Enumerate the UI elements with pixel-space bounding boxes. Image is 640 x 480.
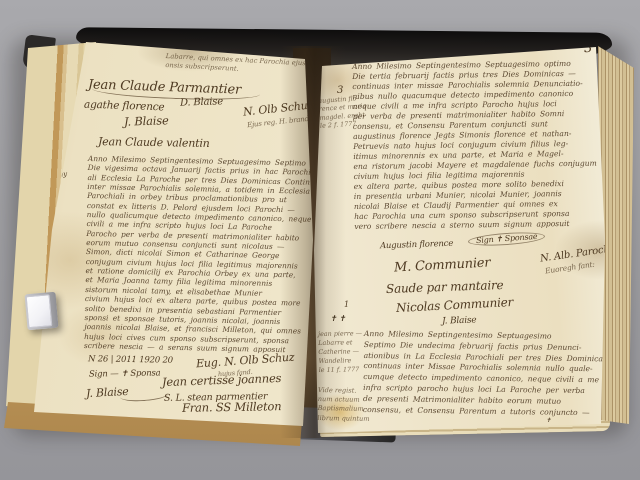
signature-m-communier: M. Communier: [394, 256, 491, 274]
end-cross-mark: ✝: [546, 418, 551, 424]
right-margin-mark: 1: [344, 301, 349, 309]
signature-d-blaise: D. Blaise: [180, 97, 223, 108]
signature-priest-subscript: Ejus reg. H. brand: [247, 116, 309, 129]
signature-saude-par-mantaire: Saude par mantaire: [386, 279, 504, 295]
signature-j-blaise-right: J. Blaise: [442, 316, 477, 326]
signature-augustin-florence: Augustin florence: [380, 240, 453, 251]
manuscript-line: consensu, et Consensu Parentum a tutoris…: [363, 405, 606, 419]
signature-j-blaise-bottom: J. Blaise: [86, 386, 129, 399]
signature-jean-certisse-joannes: Jean certisse joannes: [162, 373, 282, 389]
sponsa-mark: Sign — ✝ Sponsa: [89, 369, 161, 379]
right-page-entry-1-text: Anno Milesimo Septingentesimo Septuagesi…: [352, 59, 598, 232]
signature-jean-claude-valentin: Jean Claude valentin: [98, 136, 210, 149]
margin-note-line: le 11 f. 1777: [319, 365, 363, 375]
margin-note-line: jean pierre —: [318, 329, 362, 339]
signature-nicolas-communier: Nicolas Communier: [396, 296, 514, 314]
right-page-entry-2-text: Anno Milesimo Septingentesimo Septuagesi…: [363, 329, 607, 419]
right-margin-note-1: augustin flo-rence et mariamagdel. erght…: [318, 94, 368, 131]
photograph-open-manuscript-register: Page 2 Labarre, qui omnes ex hac Parochi…: [0, 0, 640, 480]
archive-number-line: N 26 | 2011 1920 20: [88, 355, 173, 365]
signature-j-blaise: J. Blaise: [124, 115, 169, 128]
white-cube-page-weight: [24, 292, 58, 331]
right-margin-note-2: jean pierre —Labarre etCatherine —Wandel…: [318, 329, 363, 375]
sponsae-mark: Sign ✝ Sponsae: [468, 230, 546, 247]
signature-agathe-florence: agathe florence: [84, 100, 165, 113]
right-margin-crosses: ✝ ✝: [330, 315, 345, 323]
manuscript-line: vero scribere nescia a sterno suum signu…: [354, 219, 597, 232]
signature-francois-milleton: Fran. SS Milleton: [182, 401, 282, 414]
signature-priest-olb-schuz-bottom: Eug. N. Olb Schuz: [196, 352, 295, 370]
margin-note-line: Catherine —: [318, 347, 362, 357]
signature-jean-claude-parmantier: Jean Claude Parmantier: [88, 78, 241, 96]
left-page-entry-text: Anno Milesimo Septingentesimo Septuagesi…: [84, 154, 323, 355]
white-cube-face: [26, 294, 53, 328]
